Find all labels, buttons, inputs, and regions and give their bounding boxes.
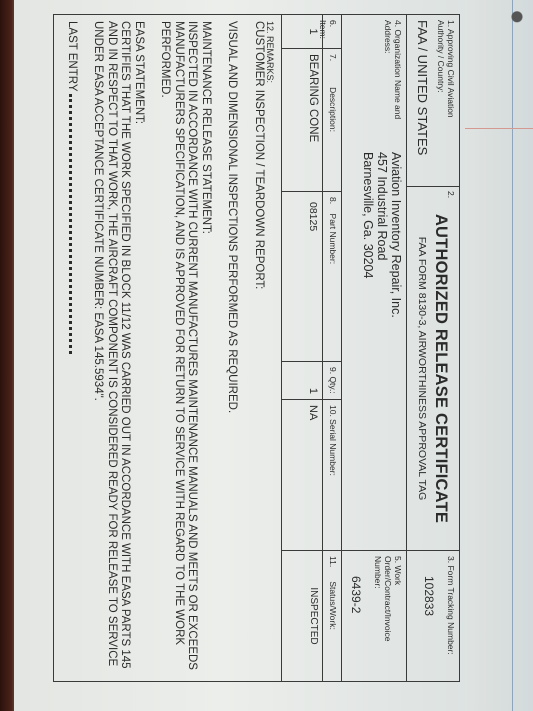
remarks-line: CUSTOMER INSPECTION / TEARDOWN REPORT: [252, 21, 266, 675]
remarks: 12. REMARKS: CUSTOMER INSPECTION / TEARD… [55, 15, 282, 681]
dotted-line [69, 94, 76, 354]
block-3-label: 3. Form Tracking Number: [446, 556, 456, 676]
block-12: 12. REMARKS: CUSTOMER INSPECTION / TEARD… [55, 15, 282, 681]
block-5: 5. Work Order/Contract/Invoice Number: 6… [342, 551, 406, 681]
block-5-label: 5. Work Order/Contract/Invoice Number: [373, 556, 403, 666]
remarks-line: EASA STATEMENT: [132, 21, 146, 675]
cell-item: 1 [282, 15, 322, 49]
form-tracking-number: 102833 [422, 576, 436, 676]
form-8130-3: 1. Approving Civil Aviation Authority / … [54, 14, 461, 682]
remarks-line: CERTIFIES THAT THE WORK SPECIFIED IN BLO… [118, 21, 132, 675]
remarks-spacer [239, 21, 252, 675]
block-2-label: 2. [446, 191, 456, 198]
block-4: 4. Organization Name and Address: Aviati… [342, 15, 406, 551]
last-entry: LAST ENTRY [65, 21, 79, 675]
header-qty: 9. Qty.: [323, 362, 341, 400]
remarks-line: AND IN RESPECT TO THAT WORK, THE AIRCRAF… [105, 21, 119, 675]
address-line: Barnesville, Ga. 30204 [361, 152, 375, 318]
remarks-spacer [212, 21, 225, 675]
remarks-spacer [78, 21, 91, 675]
cell-description: BEARING CONE [282, 49, 322, 192]
remarks-label: 12. REMARKS: [265, 21, 275, 675]
block-2: 2. AUTHORIZED RELEASE CERTIFICATE FAA FO… [407, 187, 459, 551]
remarks-line: INSPECTED IN ACCORDANCE WITH CURRENT MAN… [185, 21, 199, 675]
authority-country: FAA / UNITED STATES [415, 20, 430, 181]
cell-serial-number: NA [282, 400, 322, 551]
form-subtitle: FAA FORM 8130-3, AIRWORTHINESS APPROVAL … [416, 192, 428, 545]
block-3: 3. Form Tracking Number: 102833 [407, 551, 459, 681]
form-title: AUTHORIZED RELEASE CERTIFICATE [431, 192, 450, 545]
items-table-header: 6. Item: 7. Description: 8. Part Number:… [322, 15, 341, 681]
block-1: 1. Approving Civil Aviation Authority / … [407, 15, 459, 187]
cell-qty: 1 [282, 362, 322, 400]
header-description: 7. Description: [323, 49, 341, 192]
table-row: 1 BEARING CONE 08125 1 NA INSPECTED [281, 15, 322, 681]
header-part-number: 8. Part Number: [323, 192, 341, 362]
block-4-label: 4. Organization Name and Address: [345, 20, 403, 148]
organization-address: Aviation Inventory Repair, Inc. 457 Indu… [345, 152, 403, 318]
last-entry-label: LAST ENTRY [66, 21, 78, 92]
work-order-number: 6439-2 [349, 576, 363, 676]
header-status-work: 11. Status/Work: [323, 551, 341, 681]
header-item: 6. Item: [323, 15, 341, 49]
cell-part-number: 08125 [282, 192, 322, 362]
remarks-line: MANUFACTURERS SPECIFICATION, AND IS APPR… [172, 21, 186, 675]
block-1-label: 1. Approving Civil Aviation Authority / … [436, 20, 456, 140]
pin-icon [510, 0, 524, 24]
remarks-body: CUSTOMER INSPECTION / TEARDOWN REPORT:VI… [78, 21, 265, 675]
remarks-spacer [145, 21, 158, 675]
ruled-line [512, 0, 513, 711]
remarks-line: VISUAL AND DIMENSIONAL INSPECTIONS PERFO… [225, 21, 239, 675]
address-line: 457 Industrial Road [375, 152, 389, 318]
release-certificate: 1. Approving Civil Aviation Authority / … [18, 0, 478, 711]
header-serial-number: 10. Serial Number: [323, 400, 341, 551]
remarks-line: UNDER EASA ACCEPTANCE CERTIFICATE NUMBER… [91, 21, 105, 675]
cell-status-work: INSPECTED [282, 551, 322, 681]
address-line: Aviation Inventory Repair, Inc. [389, 152, 403, 318]
remarks-line: MAINTENANCE RELEASE STATEMENT: [199, 21, 213, 675]
remarks-line: PERFORMED. [158, 21, 172, 675]
